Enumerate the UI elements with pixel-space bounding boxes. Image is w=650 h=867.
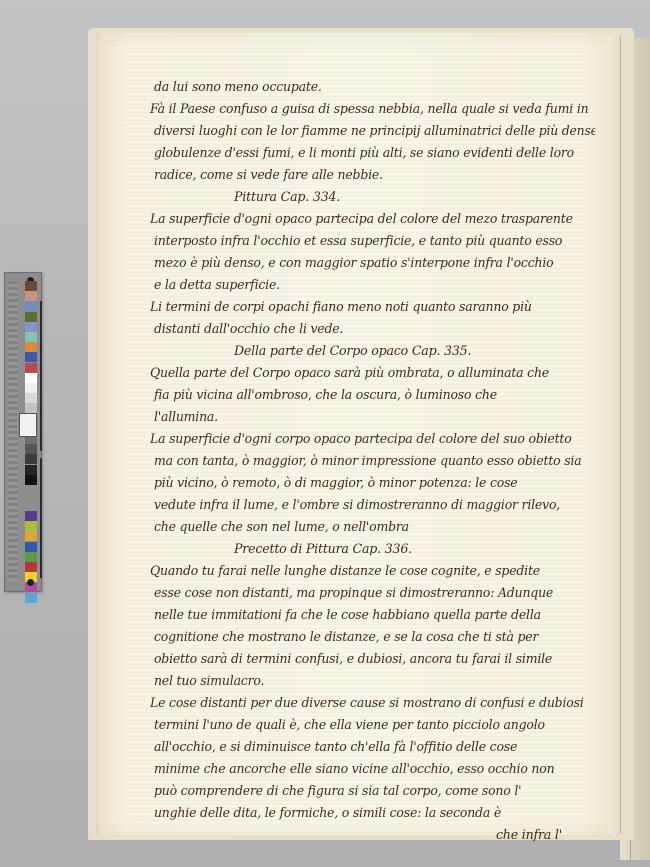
manuscript-line: La superficie d'ogni opaco partecipa del… — [150, 208, 598, 230]
color-swatch — [25, 383, 37, 393]
color-swatch — [25, 403, 37, 413]
manuscript-line: all'occhio, e si diminuisce tanto ch'ell… — [150, 736, 598, 758]
color-swatch — [25, 301, 37, 311]
color-swatch — [25, 475, 37, 485]
color-swatch — [25, 363, 37, 373]
manuscript-line: globulenze d'essi fumi, e li monti più a… — [150, 142, 598, 164]
manuscript-line: radice, come si vede fare alle nebbie. — [150, 164, 598, 186]
manuscript-line: da lui sono meno occupate. — [150, 76, 598, 98]
manuscript-line: mezo è più denso, e con maggior spatio s… — [150, 252, 598, 274]
manuscript-line: che quelle che son nel lume, o nell'ombr… — [150, 516, 598, 538]
manuscript-line: Quando tu farai nelle lunghe distanze le… — [150, 560, 598, 582]
manuscript-line: nelle tue immitationi fa che le cose hab… — [150, 604, 598, 626]
color-swatch — [25, 511, 37, 521]
manuscript-line: termini l'uno de quali è, che ella viene… — [150, 714, 598, 736]
manuscript-line: Fà il Paese confuso a guisa di spessa ne… — [150, 98, 598, 120]
color-swatch — [25, 312, 37, 322]
manuscript-line: più vicino, ò remoto, ò di maggior, ò mi… — [150, 472, 598, 494]
color-swatch — [25, 373, 37, 383]
manuscript-line: ma con tanta, ò maggior, ò minor impress… — [150, 450, 598, 472]
target-rail — [40, 301, 42, 451]
manuscript-line: e la detta superficie. — [150, 274, 598, 296]
color-swatch — [25, 352, 37, 362]
color-swatch — [25, 552, 37, 562]
manuscript-line: può comprendere di che figura si sia tal… — [150, 780, 598, 802]
manuscript-line: vedute infra il lume, e l'ombre si dimos… — [150, 494, 598, 516]
manuscript-line: Quella parte del Corpo opaco sarà più om… — [150, 362, 598, 384]
scale-ticks — [8, 281, 18, 581]
manuscript-line: diversi luoghi con le lor fiamme ne prin… — [150, 120, 595, 142]
color-swatch — [25, 342, 37, 352]
page-fore-edge — [608, 36, 621, 834]
manuscript-line: Li termini de corpi opachi fiano meno no… — [150, 296, 598, 318]
color-swatch — [25, 332, 37, 342]
manuscript-line: nel tuo simulacro. — [150, 670, 598, 692]
target-rail — [40, 458, 42, 578]
manuscript-line: esse cose non distanti, ma propinque si … — [150, 582, 598, 604]
color-swatch — [25, 322, 37, 332]
color-swatch — [25, 542, 37, 552]
target-hole-bottom — [27, 579, 34, 586]
manuscript-line: fia più vicina all'ombroso, che la oscur… — [150, 384, 598, 406]
manuscript-line: minime che ancorche elle siano vicine al… — [150, 758, 598, 780]
target-label — [19, 413, 37, 437]
color-swatch — [25, 521, 37, 531]
chapter-heading: Della parte del Corpo opaco Cap. 335. — [150, 340, 602, 362]
manuscript-line: l'allumina. — [150, 406, 598, 428]
color-swatch — [25, 444, 37, 454]
color-swatch — [25, 281, 37, 291]
color-calibration-target — [4, 272, 42, 592]
color-swatch — [25, 454, 37, 464]
color-swatch — [25, 593, 37, 603]
chapter-heading: Pittura Cap. 334. — [150, 186, 602, 208]
color-swatch — [25, 562, 37, 572]
manuscript-line: Le cose distanti per due diverse cause s… — [150, 692, 598, 714]
color-swatch — [25, 465, 37, 475]
color-swatch — [25, 531, 37, 541]
manuscript-line: unghie delle dita, le formiche, o simili… — [150, 802, 598, 824]
manuscript-line: La superficie d'ogni corpo opaco parteci… — [150, 428, 598, 450]
manuscript-text: da lui sono meno occupate.Fà il Paese co… — [150, 76, 602, 846]
color-swatch — [25, 291, 37, 301]
manuscript-line: obietto sarà di termini confusi, e dubio… — [150, 648, 598, 670]
manuscript-line: interposto infra l'occhio et essa superf… — [150, 230, 598, 252]
color-swatch — [25, 393, 37, 403]
chapter-heading: Precetto di Pittura Cap. 336. — [150, 538, 602, 560]
manuscript-line: cognitione che mostrano le distanze, e s… — [150, 626, 598, 648]
manuscript-line: distanti dall'occhio che li vede. — [150, 318, 598, 340]
catchword: che infra l' — [150, 824, 602, 846]
